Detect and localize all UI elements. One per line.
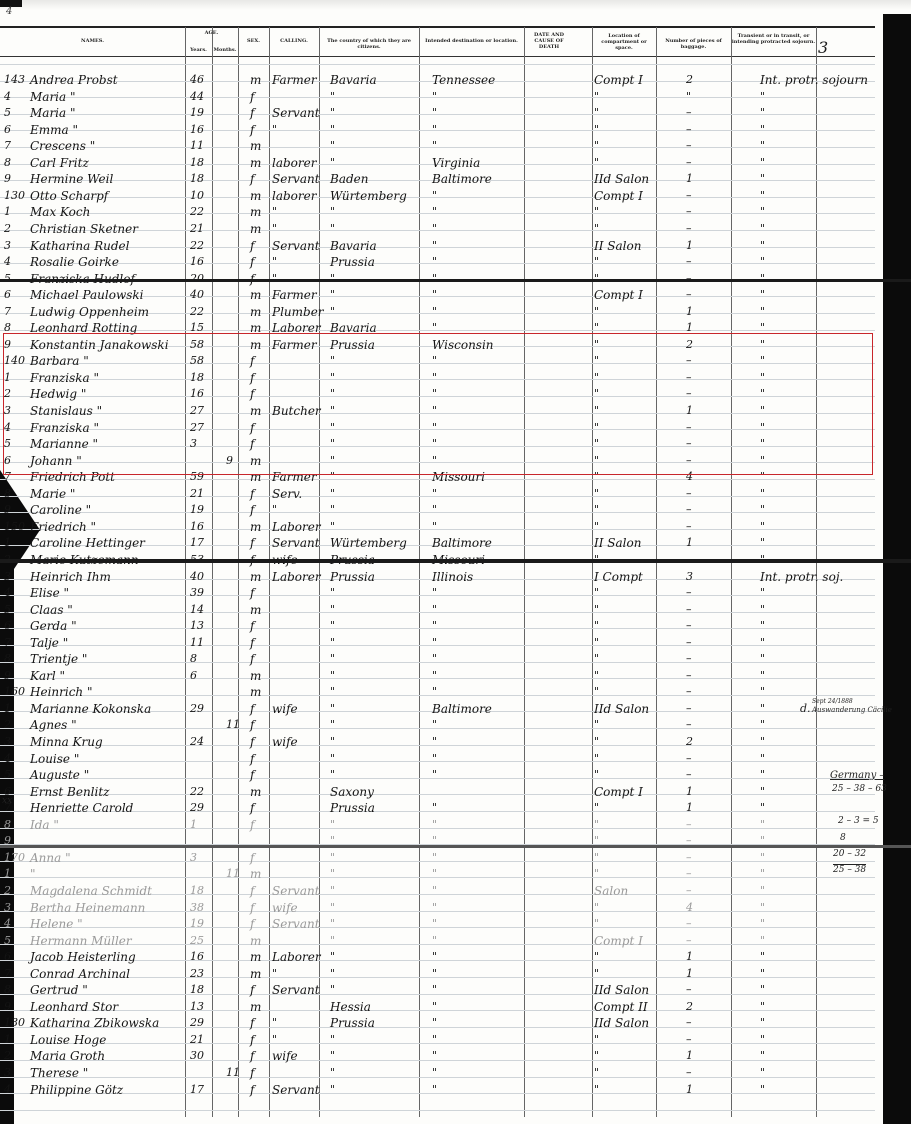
destination: Wisconsin: [432, 338, 494, 352]
baggage-count: –: [686, 156, 692, 170]
passenger-name: Johann ": [30, 454, 82, 468]
country: ": [330, 1066, 335, 1080]
baggage-count: –: [686, 636, 692, 650]
compartment: ": [594, 371, 599, 385]
sex: m: [250, 321, 261, 335]
passenger-number: 6: [4, 123, 11, 137]
passenger-name: Friedrich Pott: [30, 470, 115, 484]
row-rule: [0, 462, 875, 463]
baggage-count: –: [686, 222, 692, 236]
compartment: Compt I: [594, 189, 643, 203]
sex: f: [250, 421, 254, 435]
passenger-name: Claas ": [30, 603, 73, 617]
transient-status: ": [760, 934, 765, 948]
transient-status: ": [760, 255, 765, 269]
age-years: 17: [190, 536, 204, 550]
transient-status: ": [760, 189, 765, 203]
country: Saxony: [330, 785, 374, 799]
age-years: 13: [190, 1000, 204, 1014]
calling: laborer: [272, 189, 316, 203]
calling: ": [272, 1016, 277, 1030]
row-rule: [0, 794, 875, 795]
transient-status: ": [760, 172, 765, 186]
destination: ": [432, 669, 437, 683]
sex: m: [250, 205, 261, 219]
compartment: ": [594, 603, 599, 617]
margin-note-text: Auswanderung Cäcilie: [812, 706, 892, 714]
transient-status: ": [760, 421, 765, 435]
passenger-number: 1: [4, 536, 11, 550]
compartment: ": [594, 487, 599, 501]
passenger-name: Magdalena Schmidt: [30, 884, 152, 898]
age-years: 30: [190, 1049, 204, 1063]
baggage-count: –: [686, 354, 692, 368]
header-top-rule: [0, 26, 875, 28]
country: ": [330, 967, 335, 981]
passenger-number: 4: [4, 1083, 11, 1097]
passenger-number: 2: [4, 222, 11, 236]
transient-status: ": [760, 1016, 765, 1030]
destination: ": [432, 967, 437, 981]
destination: ": [432, 619, 437, 633]
age-years: 14: [190, 603, 204, 617]
passenger-name: Stanislaus ": [30, 404, 102, 418]
country: ": [330, 884, 335, 898]
age-years: 19: [190, 917, 204, 931]
destination: ": [432, 503, 437, 517]
row-rule: [0, 247, 875, 248]
passenger-name: Marianne Kokonska: [30, 702, 151, 716]
country: Bavaria: [330, 73, 377, 87]
transient-status: ": [760, 917, 765, 931]
transient-status: ": [760, 156, 765, 170]
passenger-number: 1: [4, 867, 11, 881]
transient-status: ": [760, 239, 765, 253]
row-rule: [0, 529, 875, 530]
header-country: The country of which they are citizens.: [319, 38, 419, 50]
country: ": [330, 1083, 335, 1097]
row-rule: [0, 147, 875, 148]
sex: f: [250, 1066, 254, 1080]
destination: ": [432, 752, 437, 766]
sex: f: [250, 586, 254, 600]
destination: ": [432, 205, 437, 219]
baggage-count: –: [686, 205, 692, 219]
paper-fold-line: [0, 279, 911, 282]
baggage-count: –: [686, 139, 692, 153]
age-years: 29: [190, 1016, 204, 1030]
compartment: ": [594, 520, 599, 534]
sex: f: [250, 619, 254, 633]
destination: ": [432, 818, 437, 832]
country: ": [330, 404, 335, 418]
row-rule: [0, 977, 875, 978]
sex: m: [250, 867, 261, 881]
passenger-number: 8: [4, 487, 11, 501]
country: ": [330, 752, 335, 766]
compartment: I Compt: [594, 570, 643, 584]
passenger-name: Ernst Benlitz: [30, 785, 110, 799]
destination: ": [432, 685, 437, 699]
destination: ": [432, 454, 437, 468]
age-years: 24: [190, 735, 204, 749]
sex: m: [250, 1000, 261, 1014]
baggage-count: 4: [686, 470, 693, 484]
baggage-count: –: [686, 752, 692, 766]
country: ": [330, 470, 335, 484]
calling: wife: [272, 1049, 298, 1063]
transient-status: Int. protr. sojourn: [760, 73, 868, 87]
header-sex: SEX.: [238, 38, 269, 44]
header-destination: Intended destination or location.: [419, 38, 524, 44]
age-years: 23: [190, 967, 204, 981]
passenger-number: 3: [4, 239, 11, 253]
compartment: ": [594, 1033, 599, 1047]
row-rule: [0, 413, 875, 414]
compartment: ": [594, 255, 599, 269]
age-years: 25: [190, 934, 204, 948]
passenger-name: Katharina Zbikowska: [30, 1016, 159, 1030]
compartment: ": [594, 867, 599, 881]
passenger-number: 9: [4, 1000, 11, 1014]
baggage-count: –: [686, 288, 692, 302]
passenger-number: 1: [4, 205, 11, 219]
row-rule: [0, 1110, 875, 1111]
baggage-count: –: [686, 255, 692, 269]
calling: Laborer: [272, 321, 321, 335]
baggage-count: –: [686, 503, 692, 517]
compartment: IId Salon: [594, 172, 649, 186]
row-rule: [0, 728, 875, 729]
destination: ": [432, 917, 437, 931]
passenger-name: Christian Sketner: [30, 222, 138, 236]
age-years: 15: [190, 321, 204, 335]
compartment: ": [594, 205, 599, 219]
transient-status: ": [760, 338, 765, 352]
sex: m: [250, 305, 261, 319]
age-years: 3: [190, 437, 197, 451]
destination: ": [432, 371, 437, 385]
sex: m: [250, 785, 261, 799]
country: ": [330, 983, 335, 997]
baggage-count: –: [686, 619, 692, 633]
transient-status: ": [760, 387, 765, 401]
destination: ": [432, 90, 437, 104]
compartment: ": [594, 421, 599, 435]
sex: f: [250, 735, 254, 749]
country: ": [330, 305, 335, 319]
country: ": [330, 669, 335, 683]
transient-status: ": [760, 785, 765, 799]
calling: Laborer: [272, 520, 321, 534]
passenger-number: 4: [4, 586, 11, 600]
baggage-count: 1: [686, 785, 693, 799]
passenger-number: 4: [4, 752, 11, 766]
age-years: 8: [190, 652, 197, 666]
country: ": [330, 934, 335, 948]
country: ": [330, 454, 335, 468]
passenger-number: 7: [4, 636, 11, 650]
passenger-name: Otto Scharpf: [30, 189, 108, 203]
row-rule: [0, 1010, 875, 1011]
destination: ": [432, 768, 437, 782]
passenger-number: 1: [4, 702, 11, 716]
passenger-number: 140: [4, 354, 25, 368]
compartment: ": [594, 387, 599, 401]
row-rule: [0, 197, 875, 198]
transient-status: ": [760, 1066, 765, 1080]
country: Prussia: [330, 801, 375, 815]
sex: m: [250, 570, 261, 584]
passenger-name: Therese ": [30, 1066, 88, 1080]
calling: Servant: [272, 983, 320, 997]
sex: m: [250, 189, 261, 203]
passenger-name: Minna Krug: [30, 735, 103, 749]
margin-note-date: Sept 24/1888: [812, 698, 853, 705]
destination: Baltimore: [432, 536, 492, 550]
transient-status: ": [760, 520, 765, 534]
passenger-name: Philippine Götz: [30, 1083, 123, 1097]
margin-calc: 25 – 38: [833, 864, 866, 875]
destination: Tennessee: [432, 73, 495, 87]
passenger-name: Andrea Probst: [30, 73, 118, 87]
passenger-number: 3: [4, 1066, 11, 1080]
transient-status: ": [760, 669, 765, 683]
baggage-count: –: [686, 983, 692, 997]
baggage-count: –: [686, 454, 692, 468]
compartment: IId Salon: [594, 1016, 649, 1030]
destination: ": [432, 239, 437, 253]
age-years: 44: [190, 90, 204, 104]
row-rule: [0, 446, 875, 447]
transient-status: ": [760, 90, 765, 104]
transient-status: ": [760, 371, 765, 385]
sex: m: [250, 950, 261, 964]
compartment: ": [594, 454, 599, 468]
calling: Servant: [272, 536, 320, 550]
baggage-count: 3: [686, 570, 693, 584]
sex: f: [250, 983, 254, 997]
passenger-name: Bertha Heinemann: [30, 901, 145, 915]
compartment: ": [594, 503, 599, 517]
column-rule: [656, 27, 657, 1117]
destination: ": [432, 421, 437, 435]
row-rule: [0, 994, 875, 995]
page-mark: 4: [6, 6, 12, 17]
transient-status: ": [760, 818, 765, 832]
baggage-count: –: [686, 702, 692, 716]
row-rule: [0, 761, 875, 762]
age-years: 40: [190, 288, 204, 302]
compartment: ": [594, 801, 599, 815]
destination: ": [432, 321, 437, 335]
passenger-name: Caroline Hettinger: [30, 536, 145, 550]
destination: ": [432, 189, 437, 203]
sex: f: [250, 801, 254, 815]
passenger-number: 143: [4, 73, 25, 87]
baggage-count: 2: [686, 73, 693, 87]
calling: wife: [272, 901, 298, 915]
calling: Farmer: [272, 73, 317, 87]
country: Prussia: [330, 255, 375, 269]
header-calling: CALLING.: [269, 38, 319, 44]
calling: ": [272, 967, 277, 981]
age-years: 21: [190, 1033, 204, 1047]
transient-status: ": [760, 205, 765, 219]
passenger-number: 8: [4, 983, 11, 997]
transient-status: ": [760, 354, 765, 368]
passenger-number: 180: [4, 1016, 25, 1030]
country: ": [330, 818, 335, 832]
age-years: 18: [190, 371, 204, 385]
baggage-count: –: [686, 934, 692, 948]
sex: m: [250, 603, 261, 617]
baggage-count: –: [686, 387, 692, 401]
age-months: 11: [226, 1066, 240, 1080]
age-years: 46: [190, 73, 204, 87]
country: Würtemberg: [330, 536, 407, 550]
passenger-number: 8: [4, 818, 11, 832]
compartment: Compt I: [594, 73, 643, 87]
country: ": [330, 354, 335, 368]
passenger-name: Gerda ": [30, 619, 77, 633]
row-rule: [0, 64, 875, 65]
header-names: NAMES.: [0, 38, 185, 44]
paper-top-edge: [0, 0, 911, 10]
sex: m: [250, 156, 261, 170]
passenger-name: Helene ": [30, 917, 83, 931]
country: ": [330, 619, 335, 633]
passenger-number: 3: [4, 735, 11, 749]
compartment: ": [594, 437, 599, 451]
passenger-number: 6: [4, 950, 11, 964]
country: Hessia: [330, 1000, 371, 1014]
passenger-name: Konstantin Janakowski: [30, 338, 169, 352]
paper-fold-line: [0, 845, 911, 848]
destination: ": [432, 603, 437, 617]
compartment: ": [594, 917, 599, 931]
destination: ": [432, 983, 437, 997]
passenger-number: 8: [4, 321, 11, 335]
baggage-count: –: [686, 123, 692, 137]
calling: Farmer: [272, 288, 317, 302]
destination: Illinois: [432, 570, 473, 584]
row-rule: [0, 379, 875, 380]
row-rule: [0, 114, 875, 115]
country: ": [330, 288, 335, 302]
compartment: ": [594, 1049, 599, 1063]
compartment: Compt II: [594, 1000, 648, 1014]
passenger-name: Caroline ": [30, 503, 91, 517]
country: ": [330, 735, 335, 749]
margin-calc: 2 – 3 = 5: [838, 816, 879, 826]
age-years: 22: [190, 239, 204, 253]
baggage-count: 1: [686, 305, 693, 319]
baggage-count: –: [686, 851, 692, 865]
country: Baden: [330, 172, 368, 186]
calling: Servant: [272, 106, 320, 120]
country: ": [330, 387, 335, 401]
baggage-count: –: [686, 371, 692, 385]
passenger-name: Leonhard Rotting: [30, 321, 137, 335]
baggage-count: 2: [686, 1000, 693, 1014]
country: ": [330, 685, 335, 699]
calling: ": [272, 205, 277, 219]
sex: f: [250, 1033, 254, 1047]
destination: ": [432, 222, 437, 236]
scan-border-right: [883, 14, 911, 1124]
baggage-count: 2: [686, 338, 693, 352]
country: ": [330, 917, 335, 931]
compartment: ": [594, 354, 599, 368]
destination: ": [432, 718, 437, 732]
age-years: 58: [190, 354, 204, 368]
transient-status: ": [760, 106, 765, 120]
destination: ": [432, 1033, 437, 1047]
baggage-count: –: [686, 1066, 692, 1080]
row-rule: [0, 213, 875, 214]
sex: f: [250, 851, 254, 865]
row-rule: [0, 828, 875, 829]
row-rule: [0, 778, 875, 779]
passenger-number: 8: [4, 156, 11, 170]
compartment: ": [594, 156, 599, 170]
sex: f: [250, 1049, 254, 1063]
passenger-name: Anna ": [30, 851, 71, 865]
age-years: 59: [190, 470, 204, 484]
passenger-number: 9: [4, 338, 11, 352]
passenger-name: Leonhard Stor: [30, 1000, 118, 1014]
baggage-count: 1: [686, 321, 693, 335]
row-rule: [0, 130, 875, 131]
calling: ": [272, 222, 277, 236]
passenger-name: Henriette Carold: [30, 801, 133, 815]
compartment: ": [594, 222, 599, 236]
sex: f: [250, 636, 254, 650]
sex: m: [250, 73, 261, 87]
sex: f: [250, 718, 254, 732]
passenger-name: Barbara ": [30, 354, 89, 368]
row-rule: [0, 512, 875, 513]
transient-status: ": [760, 735, 765, 749]
destination: Missouri: [432, 470, 485, 484]
transient-status: ": [760, 222, 765, 236]
age-years: 29: [190, 702, 204, 716]
passenger-number: 5: [4, 603, 11, 617]
sex: m: [250, 288, 261, 302]
passenger-number: 6: [4, 619, 11, 633]
passenger-name: Elise ": [30, 586, 69, 600]
calling: Laborer: [272, 570, 321, 584]
baggage-count: 1: [686, 172, 693, 186]
sex: m: [250, 338, 261, 352]
header-age: AGE.: [185, 30, 238, 36]
baggage-count: –: [686, 818, 692, 832]
destination: ": [432, 288, 437, 302]
row-rule: [0, 97, 875, 98]
header-compartment: Location of compartment or space.: [592, 33, 656, 51]
age-years: 16: [190, 520, 204, 534]
baggage-count: –: [686, 917, 692, 931]
passenger-name: Heinrich ": [30, 685, 93, 699]
calling: ": [272, 255, 277, 269]
passenger-number: 7: [4, 470, 11, 484]
baggage-count: –: [686, 520, 692, 534]
compartment: ": [594, 901, 599, 915]
country: ": [330, 106, 335, 120]
passenger-number: 6: [4, 454, 11, 468]
sex: m: [250, 967, 261, 981]
